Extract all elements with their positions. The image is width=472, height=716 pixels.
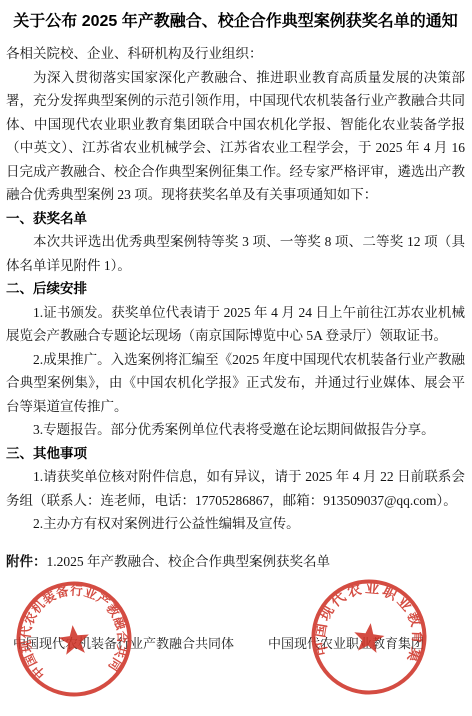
official-seal-education-group-icon: 中国现代农业职业教育集团 — [302, 570, 436, 704]
seal-star-icon — [57, 623, 90, 655]
seal-ring-text-consortium: 中国现代农机装备行业产教融合共同体 — [8, 573, 134, 685]
section2-paragraph-2: 2.成果推广。入选案例将汇编至《2025 年度中国现代农机装备行业产教融合典型案… — [6, 348, 465, 419]
section-heading-follow-up: 二、后续安排 — [6, 277, 465, 301]
intro-paragraph: 为深入贯彻落实国家深化产教融合、推进职业教育高质量发展的决策部署，充分发挥典型案… — [6, 66, 465, 207]
svg-text:中国现代农机装备行业产教融合共同体: 中国现代农机装备行业产教融合共同体 — [8, 573, 134, 685]
document-body: 各相关院校、企业、科研机构及行业组织： 为深入贯彻落实国家深化产教融合、推进职业… — [6, 42, 465, 573]
seal-star-icon — [352, 621, 386, 653]
official-seal-consortium-icon: 中国现代农机装备行业产教融合共同体 — [8, 573, 140, 705]
notice-document: 关于公布 2025 年产教融合、校企合作典型案例获奖名单的通知 各相关院校、企业… — [0, 0, 472, 716]
signature-block: 中国现代农机装备行业产教融合共同体 中国现代农业职业教育集团 中国现代农机装备行… — [6, 573, 465, 713]
attachment-line: 附件：1.2025 年产教融合、校企合作典型案例获奖名单 — [6, 550, 465, 574]
salutation: 各相关院校、企业、科研机构及行业组织： — [6, 42, 465, 66]
attachment-text: 1.2025 年产教融合、校企合作典型案例获奖名单 — [47, 554, 331, 569]
document-title: 关于公布 2025 年产教融合、校企合作典型案例获奖名单的通知 — [10, 12, 461, 32]
seal-ring-text-education-group: 中国现代农业职业教育集团 — [302, 570, 435, 670]
section2-paragraph-1: 1.证书颁发。获奖单位代表请于 2025 年 4 月 24 日上午前往江苏农业机… — [6, 301, 465, 348]
section1-paragraph: 本次共评选出优秀典型案例特等奖 3 项、一等奖 8 项、二等奖 12 项（具体名… — [6, 230, 465, 277]
attachment-label: 附件： — [6, 554, 47, 569]
section2-paragraph-3: 3.专题报告。部分优秀案例单位代表将受邀在论坛期间做报告分享。 — [6, 418, 465, 442]
section-heading-award-list: 一、获奖名单 — [6, 207, 465, 231]
section3-paragraph-2: 2.主办方有权对案例进行公益性编辑及宣传。 — [6, 512, 465, 536]
section-heading-other-matters: 三、其他事项 — [6, 442, 465, 466]
section3-paragraph-1: 1.请获奖单位核对附件信息，如有异议，请于 2025 年 4 月 22 日前联系… — [6, 465, 465, 512]
svg-text:中国现代农业职业教育集团: 中国现代农业职业教育集团 — [302, 570, 435, 670]
